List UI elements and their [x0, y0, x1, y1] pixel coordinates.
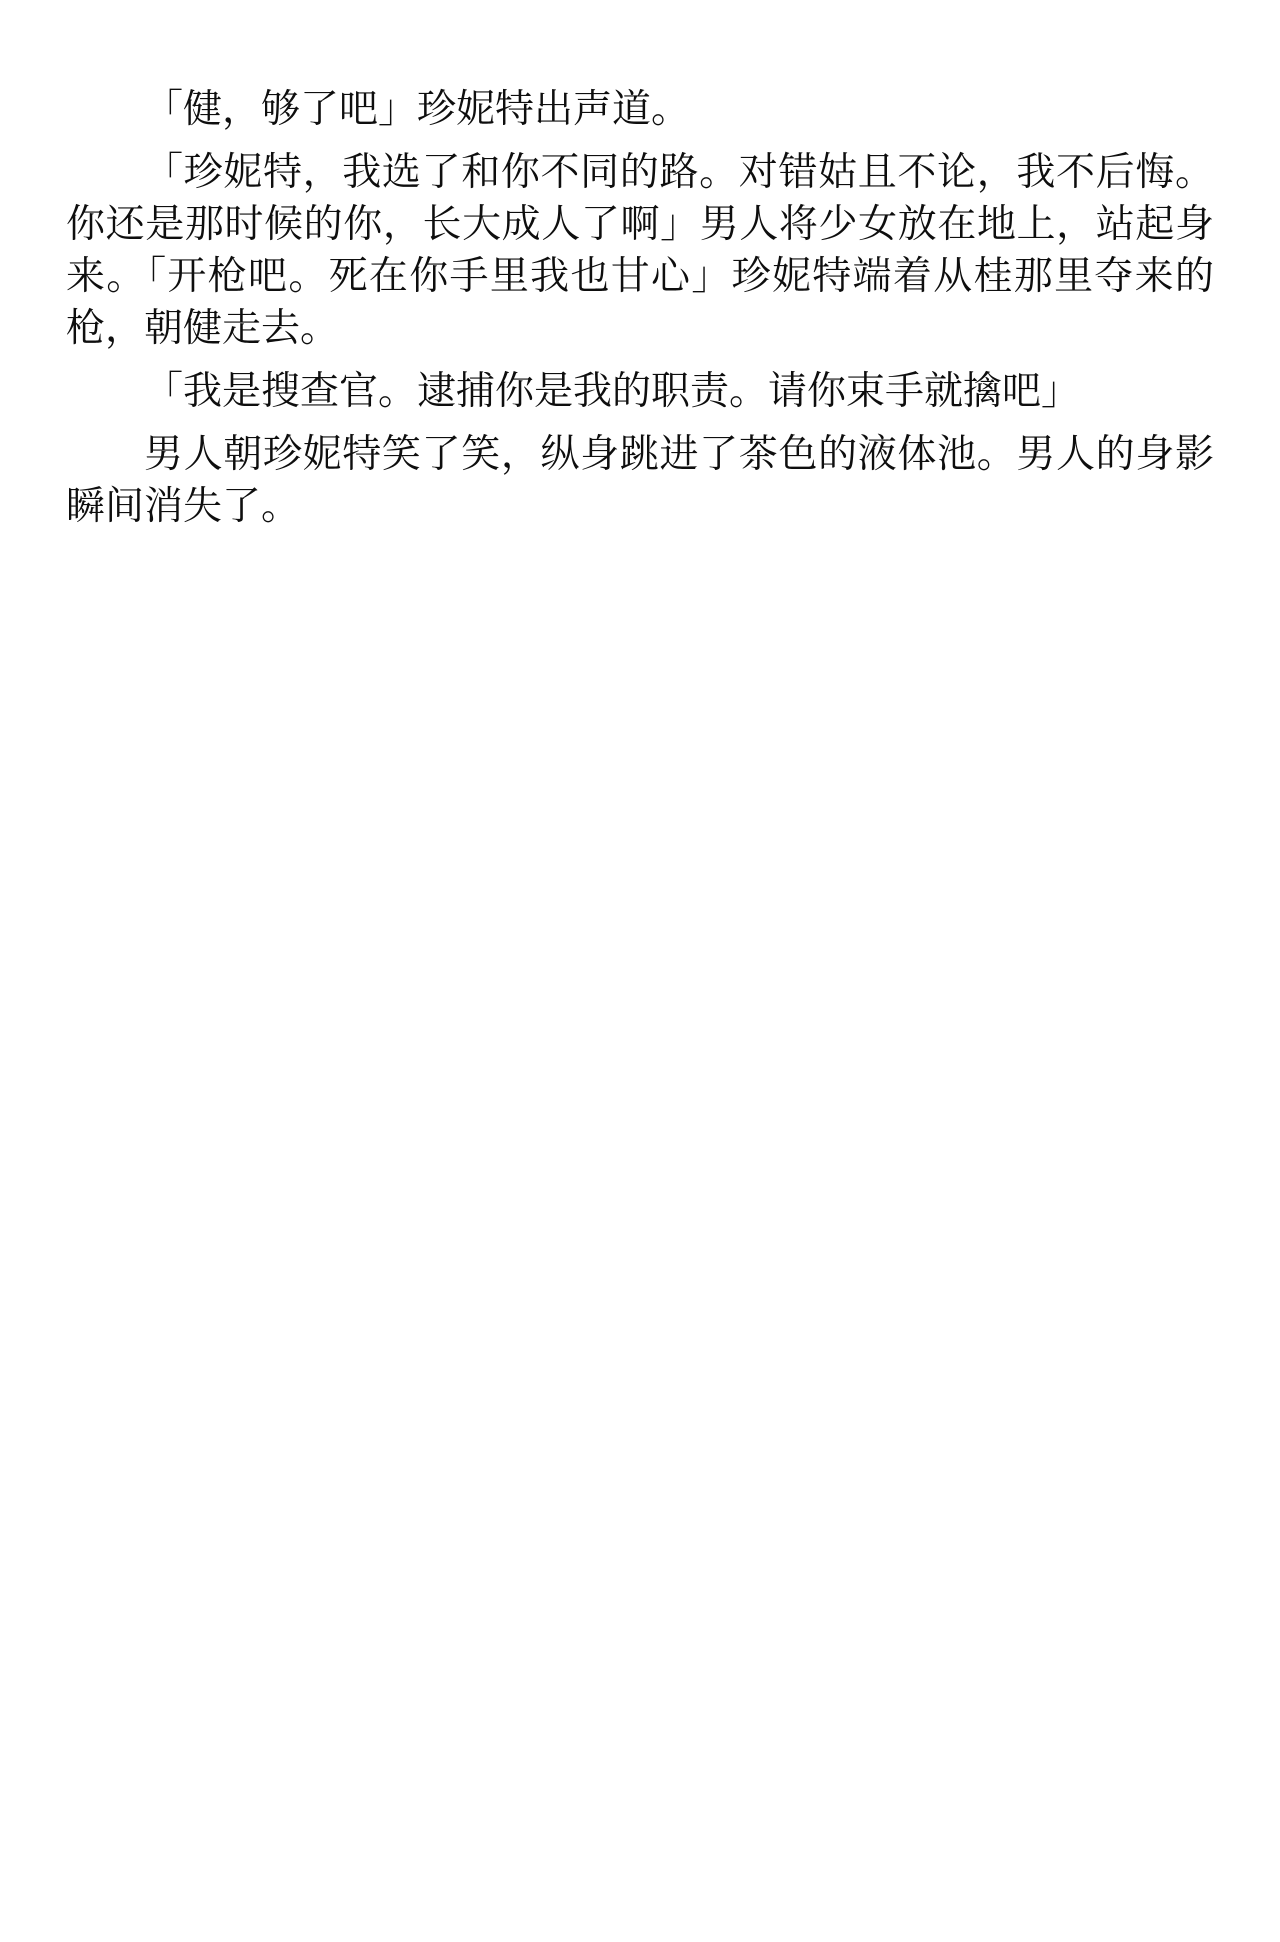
ebook-text-page: 「健，够了吧」珍妮特出声道。 「珍妮特，我选了和你不同的路。对错姑且不论，我不后… — [0, 0, 1280, 1942]
paragraph: 「健，够了吧」珍妮特出声道。 — [66, 84, 1214, 136]
paragraph: 「我是搜查官。逮捕你是我的职责。请你束手就擒吧」 — [66, 366, 1214, 418]
paragraph: 「珍妮特，我选了和你不同的路。对错姑且不论，我不后悔。你还是那时候的你，长大成人… — [66, 147, 1214, 355]
paragraph: 男人朝珍妮特笑了笑，纵身跳进了茶色的液体池。男人的身影瞬间消失了。 — [66, 429, 1214, 533]
